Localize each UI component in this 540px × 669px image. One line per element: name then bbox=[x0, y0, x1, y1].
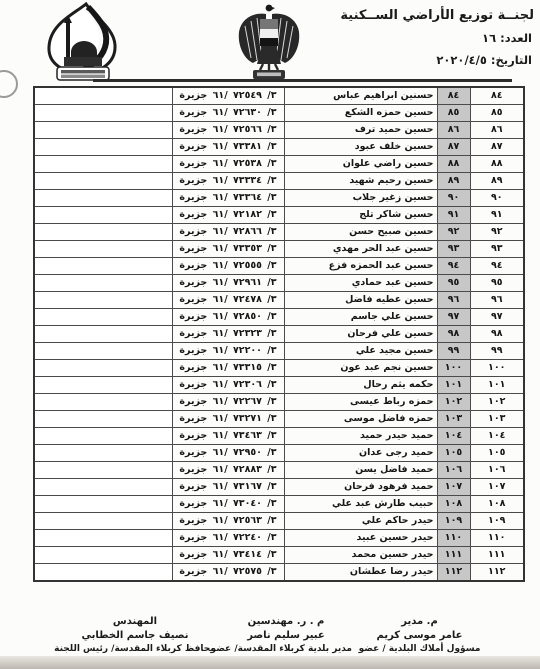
plot-cell: ٣/ ٧٢٨٥٠ /٦١ جزيرة bbox=[172, 309, 284, 326]
serial-shaded-cell: ٩٧ bbox=[437, 309, 470, 326]
signatory-role: مسؤول أملاك البلدية / عضو bbox=[352, 644, 487, 654]
serial-shaded-cell: ٩٥ bbox=[437, 275, 470, 292]
note-cell bbox=[34, 479, 172, 496]
scanned-document-page: { "header": { "title": "لجنــة توزيع الأ… bbox=[0, 0, 540, 669]
note-cell bbox=[34, 105, 172, 122]
signatory-title: المهندس bbox=[50, 616, 220, 627]
signatory-name: عامر موسى كريم bbox=[352, 630, 487, 641]
serial-shaded-cell: ١٠٧ bbox=[437, 479, 470, 496]
plot-cell: ٣/ ٧٢٣٢٣ /٦١ جزيرة bbox=[172, 326, 284, 343]
table-row: ٩١٩١حسين شاكر تلج٣/ ٧٢١٨٢ /٦١ جزيرة bbox=[34, 207, 524, 224]
serial-shaded-cell: ١٠٣ bbox=[437, 411, 470, 428]
serial-cell: ١٠٢ bbox=[470, 394, 524, 411]
name-cell: حسين عبد حمادي bbox=[284, 275, 437, 292]
table-row: ١٠٠١٠٠حسين نجم عبد عون٣/ ٧٣٣١٥ /٦١ جزيرة bbox=[34, 360, 524, 377]
plot-cell: ٣/ ٧٢٣٠٦ /٦١ جزيرة bbox=[172, 377, 284, 394]
table-row: ٩٣٩٣حسين عبد الحر مهدي٣/ ٧٣٣٥٣ /٦١ جزيرة bbox=[34, 241, 524, 258]
serial-cell: ١٠٧ bbox=[470, 479, 524, 496]
plot-cell: ٣/ ٧٣٠٤٠ /٦١ جزيرة bbox=[172, 496, 284, 513]
note-cell bbox=[34, 190, 172, 207]
signatory-title: م. مدير bbox=[352, 616, 487, 627]
serial-shaded-cell: ٩٢ bbox=[437, 224, 470, 241]
serial-cell: ١١٠ bbox=[470, 530, 524, 547]
name-cell: حمزه فاضل موسى bbox=[284, 411, 437, 428]
serial-cell: ٨٩ bbox=[470, 173, 524, 190]
signature-block-chief-engineers: م . ر. مهندسين عبير سليم ناصر مدير بلدية… bbox=[220, 616, 352, 654]
table-row: ٨٩٨٩حسين رحيم شهيد٣/ ٧٣٣٣٤ /٦١ جزيرة bbox=[34, 173, 524, 190]
document-header: لجنــة توزيع الأراضي الســكنية العدد: ١٦… bbox=[324, 6, 534, 67]
note-cell bbox=[34, 326, 172, 343]
table-row: ٩٠٩٠حسين زغير جلاب٣/ ٧٣٣٦٤ /٦١ جزيرة bbox=[34, 190, 524, 207]
serial-cell: ٨٦ bbox=[470, 122, 524, 139]
table-row: ٩٢٩٢حسين صبيح حسن٣/ ٧٢٨٦٦ /٦١ جزيرة bbox=[34, 224, 524, 241]
plot-cell: ٣/ ٧٣٣٣٤ /٦١ جزيرة bbox=[172, 173, 284, 190]
note-cell bbox=[34, 292, 172, 309]
table-row: ١٠٢١٠٢حمزه رباط عيسى٣/ ٧٢٢٦٧ /٦١ جزيرة bbox=[34, 394, 524, 411]
table-row: ١٠٣١٠٣حمزه فاضل موسى٣/ ٧٣٢٧١ /٦١ جزيرة bbox=[34, 411, 524, 428]
serial-cell: ١٠٩ bbox=[470, 513, 524, 530]
signature-block-director: م. مدير عامر موسى كريم مسؤول أملاك البلد… bbox=[352, 616, 487, 654]
table-row: ٨٥٨٥حسين حمزه الشكع٣/ ٧٢٦٣٠ /٦١ جزيرة bbox=[34, 105, 524, 122]
table-row: ٩٧٩٧حسين علي جاسم٣/ ٧٢٨٥٠ /٦١ جزيرة bbox=[34, 309, 524, 326]
table-row: ٨٤٨٤حسنين ابراهيم عباس٣/ ٧٢٥٤٩ /٦١ جزيرة bbox=[34, 87, 524, 105]
note-cell bbox=[34, 360, 172, 377]
name-cell: حمزه رباط عيسى bbox=[284, 394, 437, 411]
serial-shaded-cell: ١٠٩ bbox=[437, 513, 470, 530]
note-cell bbox=[34, 241, 172, 258]
note-cell bbox=[34, 207, 172, 224]
plot-cell: ٣/ ٧٢٥٦٦ /٦١ جزيرة bbox=[172, 122, 284, 139]
name-cell: حميد فرهود فرحان bbox=[284, 479, 437, 496]
serial-cell: ١٠٥ bbox=[470, 445, 524, 462]
serial-shaded-cell: ٩٠ bbox=[437, 190, 470, 207]
plot-cell: ٣/ ٧٢٥٦٣ /٦١ جزيرة bbox=[172, 513, 284, 530]
signatory-name: نصيف جاسم الخطابي bbox=[50, 630, 220, 641]
name-cell: حسين راضي علوان bbox=[284, 156, 437, 173]
plot-cell: ٣/ ٧٢٢٠٠ /٦١ جزيرة bbox=[172, 343, 284, 360]
hole-punch-mark bbox=[0, 70, 18, 98]
note-cell bbox=[34, 496, 172, 513]
name-cell: حسين نجم عبد عون bbox=[284, 360, 437, 377]
table-row: ٩٨٩٨حسين علي فرحان٣/ ٧٢٣٢٣ /٦١ جزيرة bbox=[34, 326, 524, 343]
iraq-coat-of-arms-eagle-icon bbox=[236, 2, 302, 82]
serial-cell: ٩٨ bbox=[470, 326, 524, 343]
serial-cell: ٨٨ bbox=[470, 156, 524, 173]
scan-shadow bbox=[0, 656, 540, 669]
plot-cell: ٣/ ٧٢٥٣٨ /٦١ جزيرة bbox=[172, 156, 284, 173]
table-row: ١٠٤١٠٤حميد حيدر حميد٣/ ٧٣٤٦٣ /٦١ جزيرة bbox=[34, 428, 524, 445]
table-row: ٩٤٩٤حسين عبد الحمزه فزع٣/ ٧٢٥٥٥ /٦١ جزير… bbox=[34, 258, 524, 275]
serial-shaded-cell: ٨٧ bbox=[437, 139, 470, 156]
serial-cell: ٩٣ bbox=[470, 241, 524, 258]
name-cell: حيدر حاكم علي bbox=[284, 513, 437, 530]
note-cell bbox=[34, 377, 172, 394]
table-row: ١٠٥١٠٥حميد رجى عدان٣/ ٧٢٩٥٠ /٦١ جزيرة bbox=[34, 445, 524, 462]
serial-cell: ٩٢ bbox=[470, 224, 524, 241]
plot-cell: ٣/ ٧٣٢٧١ /٦١ جزيرة bbox=[172, 411, 284, 428]
plot-cell: ٣/ ٧٣٤٦٣ /٦١ جزيرة bbox=[172, 428, 284, 445]
serial-shaded-cell: ٨٤ bbox=[437, 87, 470, 105]
serial-cell: ١١١ bbox=[470, 547, 524, 564]
karbala-province-emblem-icon bbox=[36, 2, 128, 82]
name-cell: حميد حيدر حميد bbox=[284, 428, 437, 445]
note-cell bbox=[34, 564, 172, 582]
signature-block-governor: المهندس نصيف جاسم الخطابي محافظ كربلاء ا… bbox=[50, 616, 220, 654]
serial-cell: ٨٥ bbox=[470, 105, 524, 122]
table-row: ١٠٨١٠٨حبيب طارش عبد علي٣/ ٧٣٠٤٠ /٦١ جزير… bbox=[34, 496, 524, 513]
plot-cell: ٣/ ٧٢٩٦١ /٦١ جزيرة bbox=[172, 275, 284, 292]
plot-cell: ٣/ ٧٢٥٥٥ /٦١ جزيرة bbox=[172, 258, 284, 275]
serial-cell: ١٠٤ bbox=[470, 428, 524, 445]
serial-shaded-cell: ١٠٥ bbox=[437, 445, 470, 462]
plot-cell: ٣/ ٧٢٨٨٣ /٦١ جزيرة bbox=[172, 462, 284, 479]
note-cell bbox=[34, 173, 172, 190]
serial-shaded-cell: ٨٦ bbox=[437, 122, 470, 139]
note-cell bbox=[34, 343, 172, 360]
serial-shaded-cell: ١٠٢ bbox=[437, 394, 470, 411]
plot-cell: ٣/ ٧٢٩٥٠ /٦١ جزيرة bbox=[172, 445, 284, 462]
note-cell bbox=[34, 411, 172, 428]
table-row: ١١٠١١٠حيدر حسين عبيد٣/ ٧٢٢٤٠ /٦١ جزيرة bbox=[34, 530, 524, 547]
plot-cell: ٣/ ٧٣٣٥٣ /٦١ جزيرة bbox=[172, 241, 284, 258]
plot-cell: ٣/ ٧٣٤١٤ /٦١ جزيرة bbox=[172, 547, 284, 564]
serial-shaded-cell: ١٠٠ bbox=[437, 360, 470, 377]
plot-cell: ٣/ ٧٣٣٦٤ /٦١ جزيرة bbox=[172, 190, 284, 207]
table-row: ١٠٩١٠٩حيدر حاكم علي٣/ ٧٢٥٦٣ /٦١ جزيرة bbox=[34, 513, 524, 530]
note-cell bbox=[34, 122, 172, 139]
note-cell bbox=[34, 428, 172, 445]
name-cell: حسين عطيه فاضل bbox=[284, 292, 437, 309]
land-allocation-table: ٨٤٨٤حسنين ابراهيم عباس٣/ ٧٢٥٤٩ /٦١ جزيرة… bbox=[33, 86, 525, 582]
signatory-role: محافظ كربلاء المقدسة/ رئيس اللجنة bbox=[50, 644, 220, 654]
serial-shaded-cell: ١١٠ bbox=[437, 530, 470, 547]
serial-shaded-cell: ١٠٦ bbox=[437, 462, 470, 479]
table-row: ١٠٦١٠٦حميد فاضل يسن٣/ ٧٢٨٨٣ /٦١ جزيرة bbox=[34, 462, 524, 479]
serial-shaded-cell: ١١٢ bbox=[437, 564, 470, 582]
serial-shaded-cell: ٩١ bbox=[437, 207, 470, 224]
name-cell: حسين علي جاسم bbox=[284, 309, 437, 326]
note-cell bbox=[34, 530, 172, 547]
plot-cell: ٣/ ٧٢٦٣٠ /٦١ جزيرة bbox=[172, 105, 284, 122]
name-cell: حسين خلف عبود bbox=[284, 139, 437, 156]
serial-cell: ٩٠ bbox=[470, 190, 524, 207]
plot-cell: ٣/ ٧٣٣١٥ /٦١ جزيرة bbox=[172, 360, 284, 377]
name-cell: حسين عبد الحمزه فزع bbox=[284, 258, 437, 275]
name-cell: حيدر رضا عطشان bbox=[284, 564, 437, 582]
name-cell: حسين صبيح حسن bbox=[284, 224, 437, 241]
table-top-rule bbox=[93, 79, 512, 82]
note-cell bbox=[34, 139, 172, 156]
serial-shaded-cell: ٩٤ bbox=[437, 258, 470, 275]
plot-cell: ٣/ ٧٢٥٤٩ /٦١ جزيرة bbox=[172, 87, 284, 105]
table-row: ٨٨٨٨حسين راضي علوان٣/ ٧٢٥٣٨ /٦١ جزيرة bbox=[34, 156, 524, 173]
plot-cell: ٣/ ٧٢٢٦٧ /٦١ جزيرة bbox=[172, 394, 284, 411]
name-cell: حسين مجيد علي bbox=[284, 343, 437, 360]
name-cell: حكمه يثم رحال bbox=[284, 377, 437, 394]
signatory-role: مدير بلدية كربلاء المقدسة/ عضو bbox=[220, 644, 352, 654]
plot-cell: ٣/ ٧٣٣٨١ /٦١ جزيرة bbox=[172, 139, 284, 156]
note-cell bbox=[34, 394, 172, 411]
committee-title: لجنــة توزيع الأراضي الســكنية bbox=[324, 8, 534, 23]
signatory-name: عبير سليم ناصر bbox=[220, 630, 352, 641]
serial-cell: ١١٢ bbox=[470, 564, 524, 582]
table-row: ٩٥٩٥حسين عبد حمادي٣/ ٧٢٩٦١ /٦١ جزيرة bbox=[34, 275, 524, 292]
serial-cell: ١٠١ bbox=[470, 377, 524, 394]
name-cell: حسين شاكر تلج bbox=[284, 207, 437, 224]
serial-cell: ٩٦ bbox=[470, 292, 524, 309]
serial-cell: ٩٥ bbox=[470, 275, 524, 292]
plot-cell: ٣/ ٧٢٢٤٠ /٦١ جزيرة bbox=[172, 530, 284, 547]
table-row: ٨٦٨٦حسين حميد ترف٣/ ٧٢٥٦٦ /٦١ جزيرة bbox=[34, 122, 524, 139]
table-body: ٨٤٨٤حسنين ابراهيم عباس٣/ ٧٢٥٤٩ /٦١ جزيرة… bbox=[34, 87, 524, 581]
name-cell: حسين رحيم شهيد bbox=[284, 173, 437, 190]
note-cell bbox=[34, 547, 172, 564]
signatures-row: م. مدير عامر موسى كريم مسؤول أملاك البلد… bbox=[50, 616, 487, 654]
name-cell: حسين عبد الحر مهدي bbox=[284, 241, 437, 258]
serial-cell: ٩٩ bbox=[470, 343, 524, 360]
serial-cell: ١٠٠ bbox=[470, 360, 524, 377]
serial-shaded-cell: ٨٥ bbox=[437, 105, 470, 122]
name-cell: حبيب طارش عبد علي bbox=[284, 496, 437, 513]
note-cell bbox=[34, 156, 172, 173]
serial-cell: ٩٧ bbox=[470, 309, 524, 326]
serial-shaded-cell: ١٠٤ bbox=[437, 428, 470, 445]
name-cell: حميد رجى عدان bbox=[284, 445, 437, 462]
plot-cell: ٣/ ٧٢٨٦٦ /٦١ جزيرة bbox=[172, 224, 284, 241]
name-cell: حيدر حسين محمد bbox=[284, 547, 437, 564]
note-cell bbox=[34, 309, 172, 326]
note-cell bbox=[34, 224, 172, 241]
note-cell bbox=[34, 513, 172, 530]
serial-shaded-cell: ١٠٨ bbox=[437, 496, 470, 513]
plot-cell: ٣/ ٧٢٤٧٨ /٦١ جزيرة bbox=[172, 292, 284, 309]
name-cell: حسين زغير جلاب bbox=[284, 190, 437, 207]
name-cell: حيدر حسين عبيد bbox=[284, 530, 437, 547]
serial-shaded-cell: ٨٨ bbox=[437, 156, 470, 173]
serial-cell: ٨٤ bbox=[470, 87, 524, 105]
name-cell: حسين حمزه الشكع bbox=[284, 105, 437, 122]
name-cell: حسين حميد ترف bbox=[284, 122, 437, 139]
serial-shaded-cell: ١٠١ bbox=[437, 377, 470, 394]
serial-cell: ٨٧ bbox=[470, 139, 524, 156]
note-cell bbox=[34, 258, 172, 275]
signatory-title: م . ر. مهندسين bbox=[220, 616, 352, 627]
name-cell: حسين علي فرحان bbox=[284, 326, 437, 343]
name-cell: حسنين ابراهيم عباس bbox=[284, 87, 437, 105]
note-cell bbox=[34, 87, 172, 105]
serial-shaded-cell: ٩٩ bbox=[437, 343, 470, 360]
serial-shaded-cell: ١١١ bbox=[437, 547, 470, 564]
note-cell bbox=[34, 462, 172, 479]
serial-cell: ٩٤ bbox=[470, 258, 524, 275]
table-row: ١١٢١١٢حيدر رضا عطشان٣/ ٧٢٥٧٥ /٦١ جزيرة bbox=[34, 564, 524, 582]
note-cell bbox=[34, 275, 172, 292]
table-row: ٩٦٩٦حسين عطيه فاضل٣/ ٧٢٤٧٨ /٦١ جزيرة bbox=[34, 292, 524, 309]
plot-cell: ٣/ ٧٣١٦٧ /٦١ جزيرة bbox=[172, 479, 284, 496]
table-row: ٨٧٨٧حسين خلف عبود٣/ ٧٣٣٨١ /٦١ جزيرة bbox=[34, 139, 524, 156]
serial-shaded-cell: ٩٣ bbox=[437, 241, 470, 258]
table-row: ٩٩٩٩حسين مجيد علي٣/ ٧٢٢٠٠ /٦١ جزيرة bbox=[34, 343, 524, 360]
serial-cell: ٩١ bbox=[470, 207, 524, 224]
table-row: ١١١١١١حيدر حسين محمد٣/ ٧٣٤١٤ /٦١ جزيرة bbox=[34, 547, 524, 564]
serial-cell: ١٠٨ bbox=[470, 496, 524, 513]
serial-shaded-cell: ٨٩ bbox=[437, 173, 470, 190]
name-cell: حميد فاضل يسن bbox=[284, 462, 437, 479]
plot-cell: ٣/ ٧٢٥٧٥ /٦١ جزيرة bbox=[172, 564, 284, 582]
table-row: ١٠١١٠١حكمه يثم رحال٣/ ٧٢٣٠٦ /٦١ جزيرة bbox=[34, 377, 524, 394]
serial-cell: ١٠٦ bbox=[470, 462, 524, 479]
serial-shaded-cell: ٩٦ bbox=[437, 292, 470, 309]
table-row: ١٠٧١٠٧حميد فرهود فرحان٣/ ٧٣١٦٧ /٦١ جزيرة bbox=[34, 479, 524, 496]
serial-shaded-cell: ٩٨ bbox=[437, 326, 470, 343]
issue-date: التاريخ: ٢٠٢٠/٤/٥ bbox=[324, 53, 532, 67]
plot-cell: ٣/ ٧٢١٨٢ /٦١ جزيرة bbox=[172, 207, 284, 224]
issue-number: العدد: ١٦ bbox=[324, 31, 532, 45]
serial-cell: ١٠٣ bbox=[470, 411, 524, 428]
note-cell bbox=[34, 445, 172, 462]
